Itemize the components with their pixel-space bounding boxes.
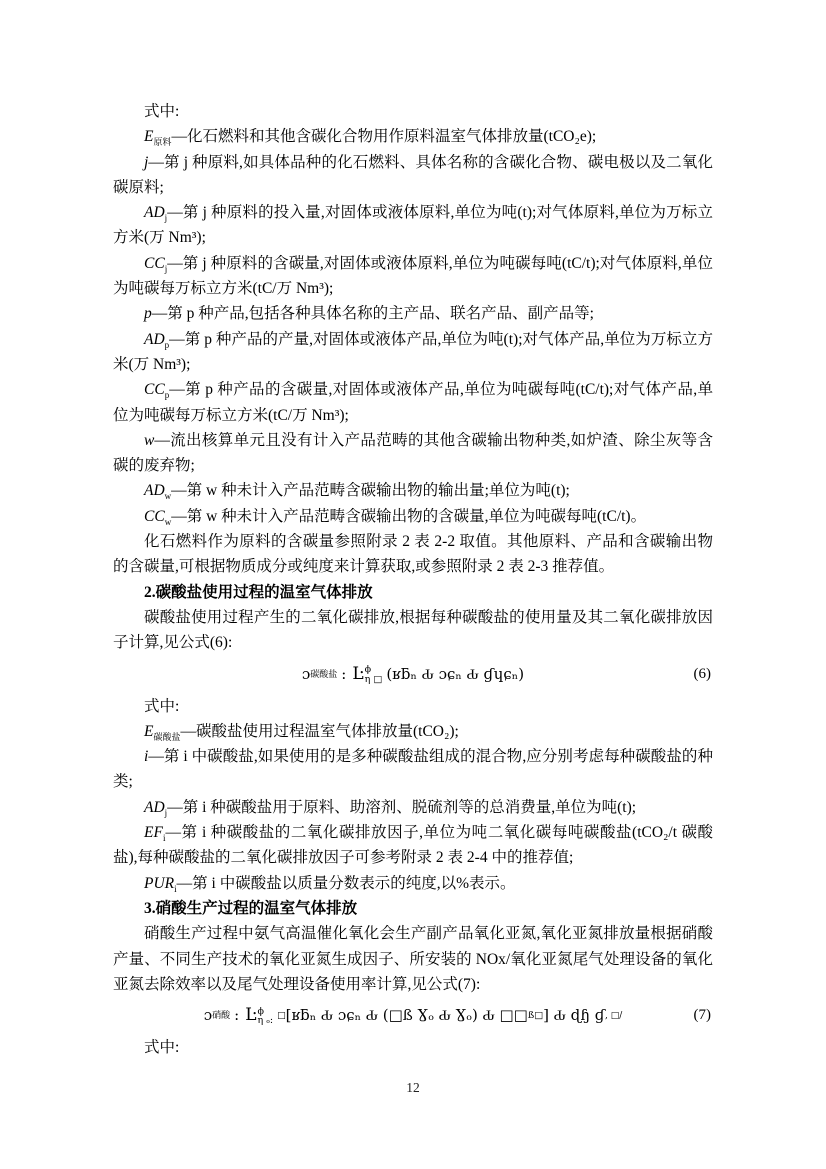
definition-text: —化石燃料和其他含碳化合物用作原料温室气体排放量(tCO₂e); (171, 128, 596, 145)
definition-variable: CC (144, 508, 165, 525)
definition-variable: CC (144, 381, 165, 398)
definition-paragraph-puri: PURi—第 i 中碳酸盐以质量分数表示的纯度,以%表示。 (113, 871, 713, 896)
definition-paragraph-adj: ADj—第 j 种原料的投入量,对固体或液体原料,单位为吨(t);对气体原料,单… (113, 200, 713, 251)
definition-text: —第 i 中碳酸盐以质量分数表示的纯度,以%表示。 (177, 875, 516, 892)
definition-paragraph-ccp: CCp—第 p 种产品的含碳量,对固体或液体产品,单位为吨碳每吨(tC/t);对… (113, 377, 713, 428)
definition-text: —第 p 种产品的产量,对固体或液体产品,单位为吨(t);对气体产品,单位为万标… (113, 331, 713, 373)
definition-text: —第 j 种原料的投入量,对固体或液体原料,单位为吨(t);对气体原料,单位为万… (113, 204, 713, 246)
definition-paragraph-adw: ADw—第 w 种未计入产品范畴含碳输出物的输出量;单位为吨(t); (113, 478, 713, 503)
formula-number: (6) (694, 662, 712, 687)
definition-variable: w (144, 432, 154, 449)
definition-variable: CC (144, 255, 165, 272)
document-page: 式中: E原料—化石燃料和其他含碳化合物用作原料温室气体排放量(tCO₂e); … (0, 0, 826, 1169)
formula-operator-scripts: ϕη □ (365, 665, 383, 684)
definition-text: —第 j 种原料,如具体品种的化石燃料、具体名称的含碳化合物、碳电极以及二氧化碳… (113, 154, 713, 196)
formula-relation: : (234, 1003, 239, 1028)
formula-operator-scripts: ϕη ₒ: (258, 1007, 274, 1026)
formula-intro-label: 式中: (113, 694, 713, 719)
formula-operator: Ŀ (245, 1003, 256, 1028)
definition-paragraph-adj2: ADj—第 i 种碳酸盐用于原料、助溶剂、脱硫剂等的总消费量,单位为吨(t); (113, 795, 713, 820)
text: 式中: (144, 698, 179, 715)
page-content: 式中: E原料—化石燃料和其他含碳化合物用作原料温室气体排放量(tCO₂e); … (113, 99, 713, 1060)
definition-text: —第 j 种原料的含碳量,对固体或液体原料,单位为吨碳每吨(tC/t);对气体原… (113, 255, 713, 297)
formula-6: ɔ碳酸盐:Ŀϕη □(ʁƃₙ Ԃ ɔɕₙ Ԃ ɠɥɕₙ) (6) (113, 656, 713, 694)
definition-text: —第 p 种产品,包括各种具体名称的主产品、联名产品、副产品等; (152, 305, 594, 322)
formula-intro-label: 式中: (113, 99, 713, 124)
definition-text: —第 w 种未计入产品范畴含碳输出物的输出量;单位为吨(t); (171, 482, 570, 499)
definition-paragraph-e-raw: E原料—化石燃料和其他含碳化合物用作原料温室气体排放量(tCO₂e); (113, 124, 713, 149)
note-paragraph: 化石燃料作为原料的含碳量参照附录 2 表 2-2 取值。其他原料、产品和含碳输出… (113, 529, 713, 580)
definition-text: —第 w 种未计入产品范畴含碳输出物的含碳量,单位为吨碳每吨(tC/t)。 (171, 508, 646, 525)
page-number: 12 (0, 1080, 826, 1096)
definition-subscript: 碳酸盐 (153, 732, 180, 742)
definition-paragraph-efi: EFi—第 i 种碳酸盐的二氧化碳排放因子,单位为吨二氧化碳每吨碳酸盐(tCO₂… (113, 820, 713, 871)
section-heading-2: 2.碳酸盐使用过程的温室气体排放 (113, 580, 713, 605)
section-heading-3: 3.硝酸生产过程的温室气体排放 (113, 896, 713, 921)
definition-paragraph-p: p—第 p 种产品,包括各种具体名称的主产品、联名产品、副产品等; (113, 301, 713, 326)
section2-intro-paragraph: 碳酸盐使用过程产生的二氧化碳排放,根据每种碳酸盐的使用量及其二氧化碳排放因子计算… (113, 605, 713, 656)
definition-paragraph-ccj: CCj—第 j 种原料的含碳量,对固体或液体原料,单位为吨碳每吨(tC/t);对… (113, 251, 713, 302)
definition-text: —第 i 种碳酸盐的二氧化碳排放因子,单位为吨二氧化碳每吨碳酸盐(tCO₂/t … (113, 824, 713, 866)
formula-number: (7) (694, 1003, 712, 1028)
definition-variable: AD (144, 331, 165, 348)
text: 式中: (144, 1039, 179, 1056)
text: 硝酸生产过程中氨气高温催化氧化会生产副产品氧化亚氮,氧化亚氮排放量根据硝酸产量、… (113, 925, 713, 993)
definition-variable: PUR (144, 875, 174, 892)
definition-variable: AD (144, 482, 165, 499)
formula-7: ɔ硝酸:Ŀϕη ₒ:□[ʁƃₙ Ԃ ɔɕₙ Ԃ (□ß Ɣₒ Ԃ Ɣₒ) Ԃ □… (113, 997, 713, 1035)
definition-text: —第 p 种产品的含碳量,对固体或液体产品,单位为吨碳每吨(tC/t);对气体产… (113, 381, 713, 423)
formula-body: (ʁƃₙ Ԃ ɔɕₙ Ԃ ɠɥɕₙ) (386, 662, 524, 687)
formula-body-part1: [ʁƃₙ Ԃ ɔɕₙ Ԃ (□ß Ɣₒ Ԃ Ɣₒ) Ԃ □□ (286, 1003, 528, 1028)
definition-paragraph-e-carbonate: E碳酸盐—碳酸盐使用过程温室气体排放量(tCO₂); (113, 719, 713, 744)
definition-subscript: 原料 (153, 137, 171, 147)
formula-relation: : (341, 662, 346, 687)
text: 式中: (144, 103, 179, 120)
formula-intro-label: 式中: (113, 1035, 713, 1060)
definition-paragraph-adp: ADp—第 p 种产品的产量,对固体或液体产品,单位为吨(t);对气体产品,单位… (113, 327, 713, 378)
formula-body-part2: ] Ԃ ɖɧ ɠ (543, 1003, 605, 1028)
definition-text: —第 i 中碳酸盐,如果使用的是多种碳酸盐组成的混合物,应分别考虑每种碳酸盐的种… (113, 748, 713, 790)
definition-variable: EF (144, 824, 163, 841)
text: 化石燃料作为原料的含碳量参照附录 2 表 2-2 取值。其他原料、产品和含碳输出… (113, 533, 713, 575)
formula-operator-subscript: η □ (365, 675, 383, 685)
definition-paragraph-w: w—流出核算单元且没有计入产品范畴的其他含碳输出物种类,如炉渣、除尘灰等含碳的废… (113, 428, 713, 479)
definition-text: —碳酸盐使用过程温室气体排放量(tCO₂); (180, 723, 458, 740)
formula-lhs-symbol: ɔ (302, 662, 310, 687)
formula-operator-subscript: η ₒ: (258, 1016, 274, 1026)
text: 碳酸盐使用过程产生的二氧化碳排放,根据每种碳酸盐的使用量及其二氧化碳排放因子计算… (113, 609, 713, 651)
heading-text: 2.碳酸盐使用过程的温室气体排放 (144, 584, 373, 601)
definition-text: —第 i 种碳酸盐用于原料、助溶剂、脱硫剂等的总消费量,单位为吨(t); (167, 799, 636, 816)
definition-text: —流出核算单元且没有计入产品范畴的其他含碳输出物种类,如炉渣、除尘灰等含碳的废弃… (113, 432, 713, 474)
section3-intro-paragraph: 硝酸生产过程中氨气高温催化氧化会生产副产品氧化亚氮,氧化亚氮排放量根据硝酸产量、… (113, 921, 713, 997)
definition-paragraph-i: i—第 i 中碳酸盐,如果使用的是多种碳酸盐组成的混合物,应分别考虑每种碳酸盐的… (113, 744, 713, 795)
definition-paragraph-j: j—第 j 种原料,如具体品种的化石燃料、具体名称的含碳化合物、碳电极以及二氧化… (113, 150, 713, 201)
formula-operator: Ŀ (352, 662, 363, 687)
definition-variable: AD (144, 799, 165, 816)
formula-lhs-symbol: ɔ (204, 1003, 212, 1028)
definition-variable: AD (144, 204, 165, 221)
definition-paragraph-ccw: CCw—第 w 种未计入产品范畴含碳输出物的含碳量,单位为吨碳每吨(tC/t)。 (113, 504, 713, 529)
definition-variable: p (144, 305, 152, 322)
heading-text: 3.硝酸生产过程的温室气体排放 (144, 900, 357, 917)
